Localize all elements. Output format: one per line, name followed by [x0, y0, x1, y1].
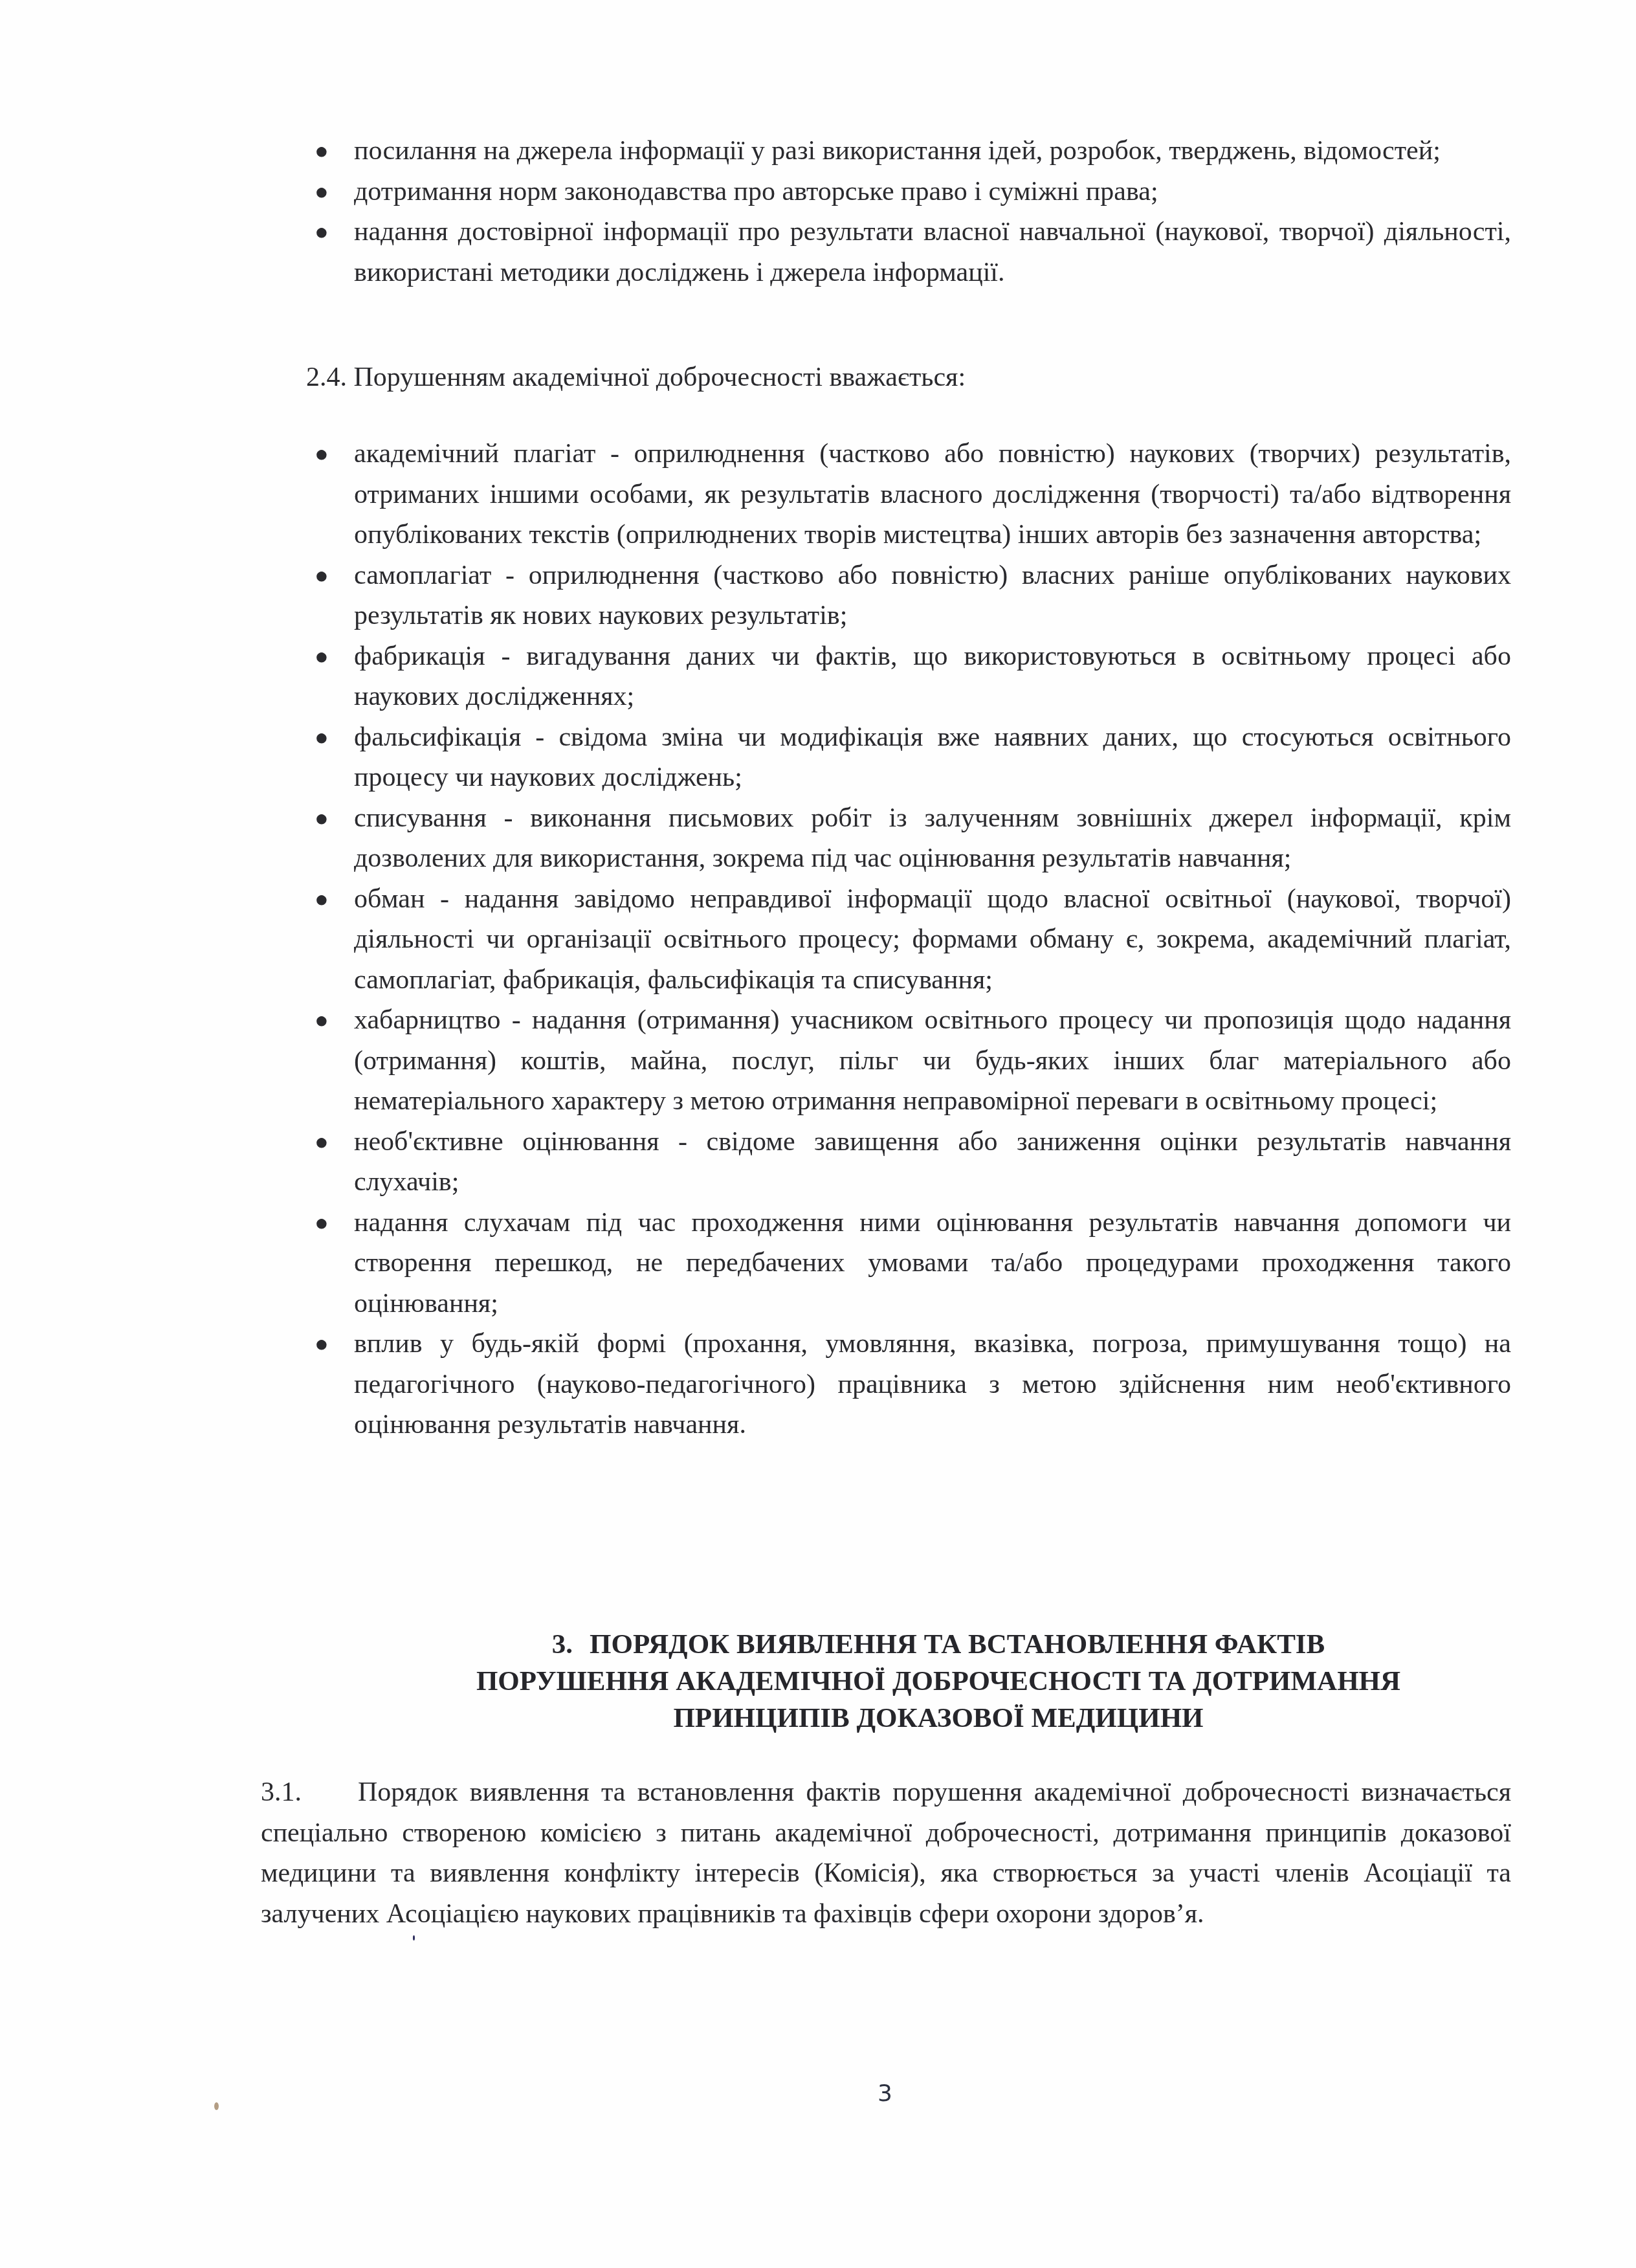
bullet-icon: ● — [315, 1324, 329, 1364]
list-item: ● самоплагіат - оприлюднення (частково а… — [261, 555, 1511, 636]
list-item-text: фабрикація - вигадування даних чи фактів… — [354, 641, 1511, 712]
document-page: ● посилання на джерела інформації у разі… — [0, 0, 1636, 2268]
list-item-text: вплив у будь-якій формі (прохання, умовл… — [354, 1329, 1511, 1440]
bullet-icon: ● — [315, 131, 329, 172]
list-item: ● фабрикація - вигадування даних чи факт… — [261, 636, 1511, 717]
bullet-icon: ● — [315, 212, 329, 252]
list-item-text: дотримання норм законодавства про авторс… — [354, 177, 1158, 206]
list-item: ● необ'єктивне оцінювання - свідоме зави… — [261, 1122, 1511, 1203]
violations-bullet-list: ● академічний плагіат - оприлюднення (ча… — [261, 434, 1511, 1445]
list-item: ● академічний плагіат - оприлюднення (ча… — [261, 434, 1511, 555]
paragraph-3-1-number: 3.1. — [261, 1772, 358, 1813]
list-item: ● вплив у будь-якій формі (прохання, умо… — [261, 1324, 1511, 1445]
list-item: ● дотримання норм законодавства про авто… — [261, 172, 1511, 212]
list-item: ● списування - виконання письмових робіт… — [261, 798, 1511, 879]
section-2-4: 2.4. Порушенням академічної доброчесност… — [306, 357, 1511, 398]
section-3-heading-line-3: ПРИНЦИПІВ ДОКАЗОВОЇ МЕДИЦИНИ — [401, 1700, 1476, 1737]
list-item-text: самоплагіат - оприлюднення (частково або… — [354, 561, 1511, 631]
scan-speck — [214, 2102, 219, 2110]
section-3-heading-line-1: 3.ПОРЯДОК ВИЯВЛЕННЯ ТА ВСТАНОВЛЕННЯ ФАКТ… — [401, 1626, 1476, 1663]
list-item-text: списування - виконання письмових робіт і… — [354, 803, 1511, 874]
bullet-icon: ● — [315, 1122, 329, 1162]
list-item-text: академічний плагіат - оприлюднення (част… — [354, 439, 1511, 550]
list-item: ● фальсифікація - свідома зміна чи модиф… — [261, 717, 1511, 798]
list-item: ● хабарництво - надання (отримання) учас… — [261, 1000, 1511, 1122]
bullet-icon: ● — [315, 717, 329, 758]
section-3-heading: 3.ПОРЯДОК ВИЯВЛЕННЯ ТА ВСТАНОВЛЕННЯ ФАКТ… — [401, 1626, 1476, 1737]
paragraph-3-1-text: Порядок виявлення та встановлення фактів… — [261, 1777, 1511, 1929]
bullet-icon: ● — [315, 879, 329, 920]
intro-bullet-list: ● посилання на джерела інформації у разі… — [261, 131, 1511, 293]
list-item: ● надання достовірної інформації про рез… — [261, 212, 1511, 293]
list-item-text: фальсифікація - свідома зміна чи модифік… — [354, 722, 1511, 793]
bullet-icon: ● — [315, 555, 329, 596]
list-item: ● надання слухачам під час проходження н… — [261, 1203, 1511, 1324]
bullet-icon: ● — [315, 1000, 329, 1041]
section-3-number: 3. — [552, 1626, 573, 1663]
list-item-text: надання слухачам під час проходження ним… — [354, 1208, 1511, 1318]
bullet-icon: ● — [315, 1203, 329, 1243]
bullet-icon: ● — [315, 434, 329, 474]
scan-speck — [413, 1935, 415, 1940]
bullet-icon: ● — [315, 798, 329, 839]
section-3-heading-line-2: ПОРУШЕННЯ АКАДЕМІЧНОЇ ДОБРОЧЕСНОСТІ ТА Д… — [401, 1663, 1476, 1700]
list-item-text: обман - надання завідомо неправдивої інф… — [354, 884, 1511, 995]
list-item-text: надання достовірної інформації про резул… — [354, 217, 1511, 287]
list-item-text: посилання на джерела інформації у разі в… — [354, 136, 1441, 166]
list-item: ● обман - надання завідомо неправдивої і… — [261, 879, 1511, 1001]
list-item: ● посилання на джерела інформації у разі… — [261, 131, 1511, 172]
list-item-text: хабарництво - надання (отримання) учасни… — [354, 1005, 1511, 1116]
paragraph-3-1-body: 3.1.Порядок виявлення та встановлення фа… — [261, 1772, 1511, 1934]
paragraph-3-1: 3.1.Порядок виявлення та встановлення фа… — [261, 1772, 1511, 1934]
page-number: 3 — [878, 2080, 892, 2107]
list-item-text: необ'єктивне оцінювання - свідоме завище… — [354, 1127, 1511, 1197]
bullet-icon: ● — [315, 636, 329, 677]
bullet-icon: ● — [315, 172, 329, 212]
section-2-4-title: 2.4. Порушенням академічної доброчесност… — [306, 357, 1511, 398]
heading-text: ПОРЯДОК ВИЯВЛЕННЯ ТА ВСТАНОВЛЕННЯ ФАКТІВ — [590, 1629, 1325, 1660]
